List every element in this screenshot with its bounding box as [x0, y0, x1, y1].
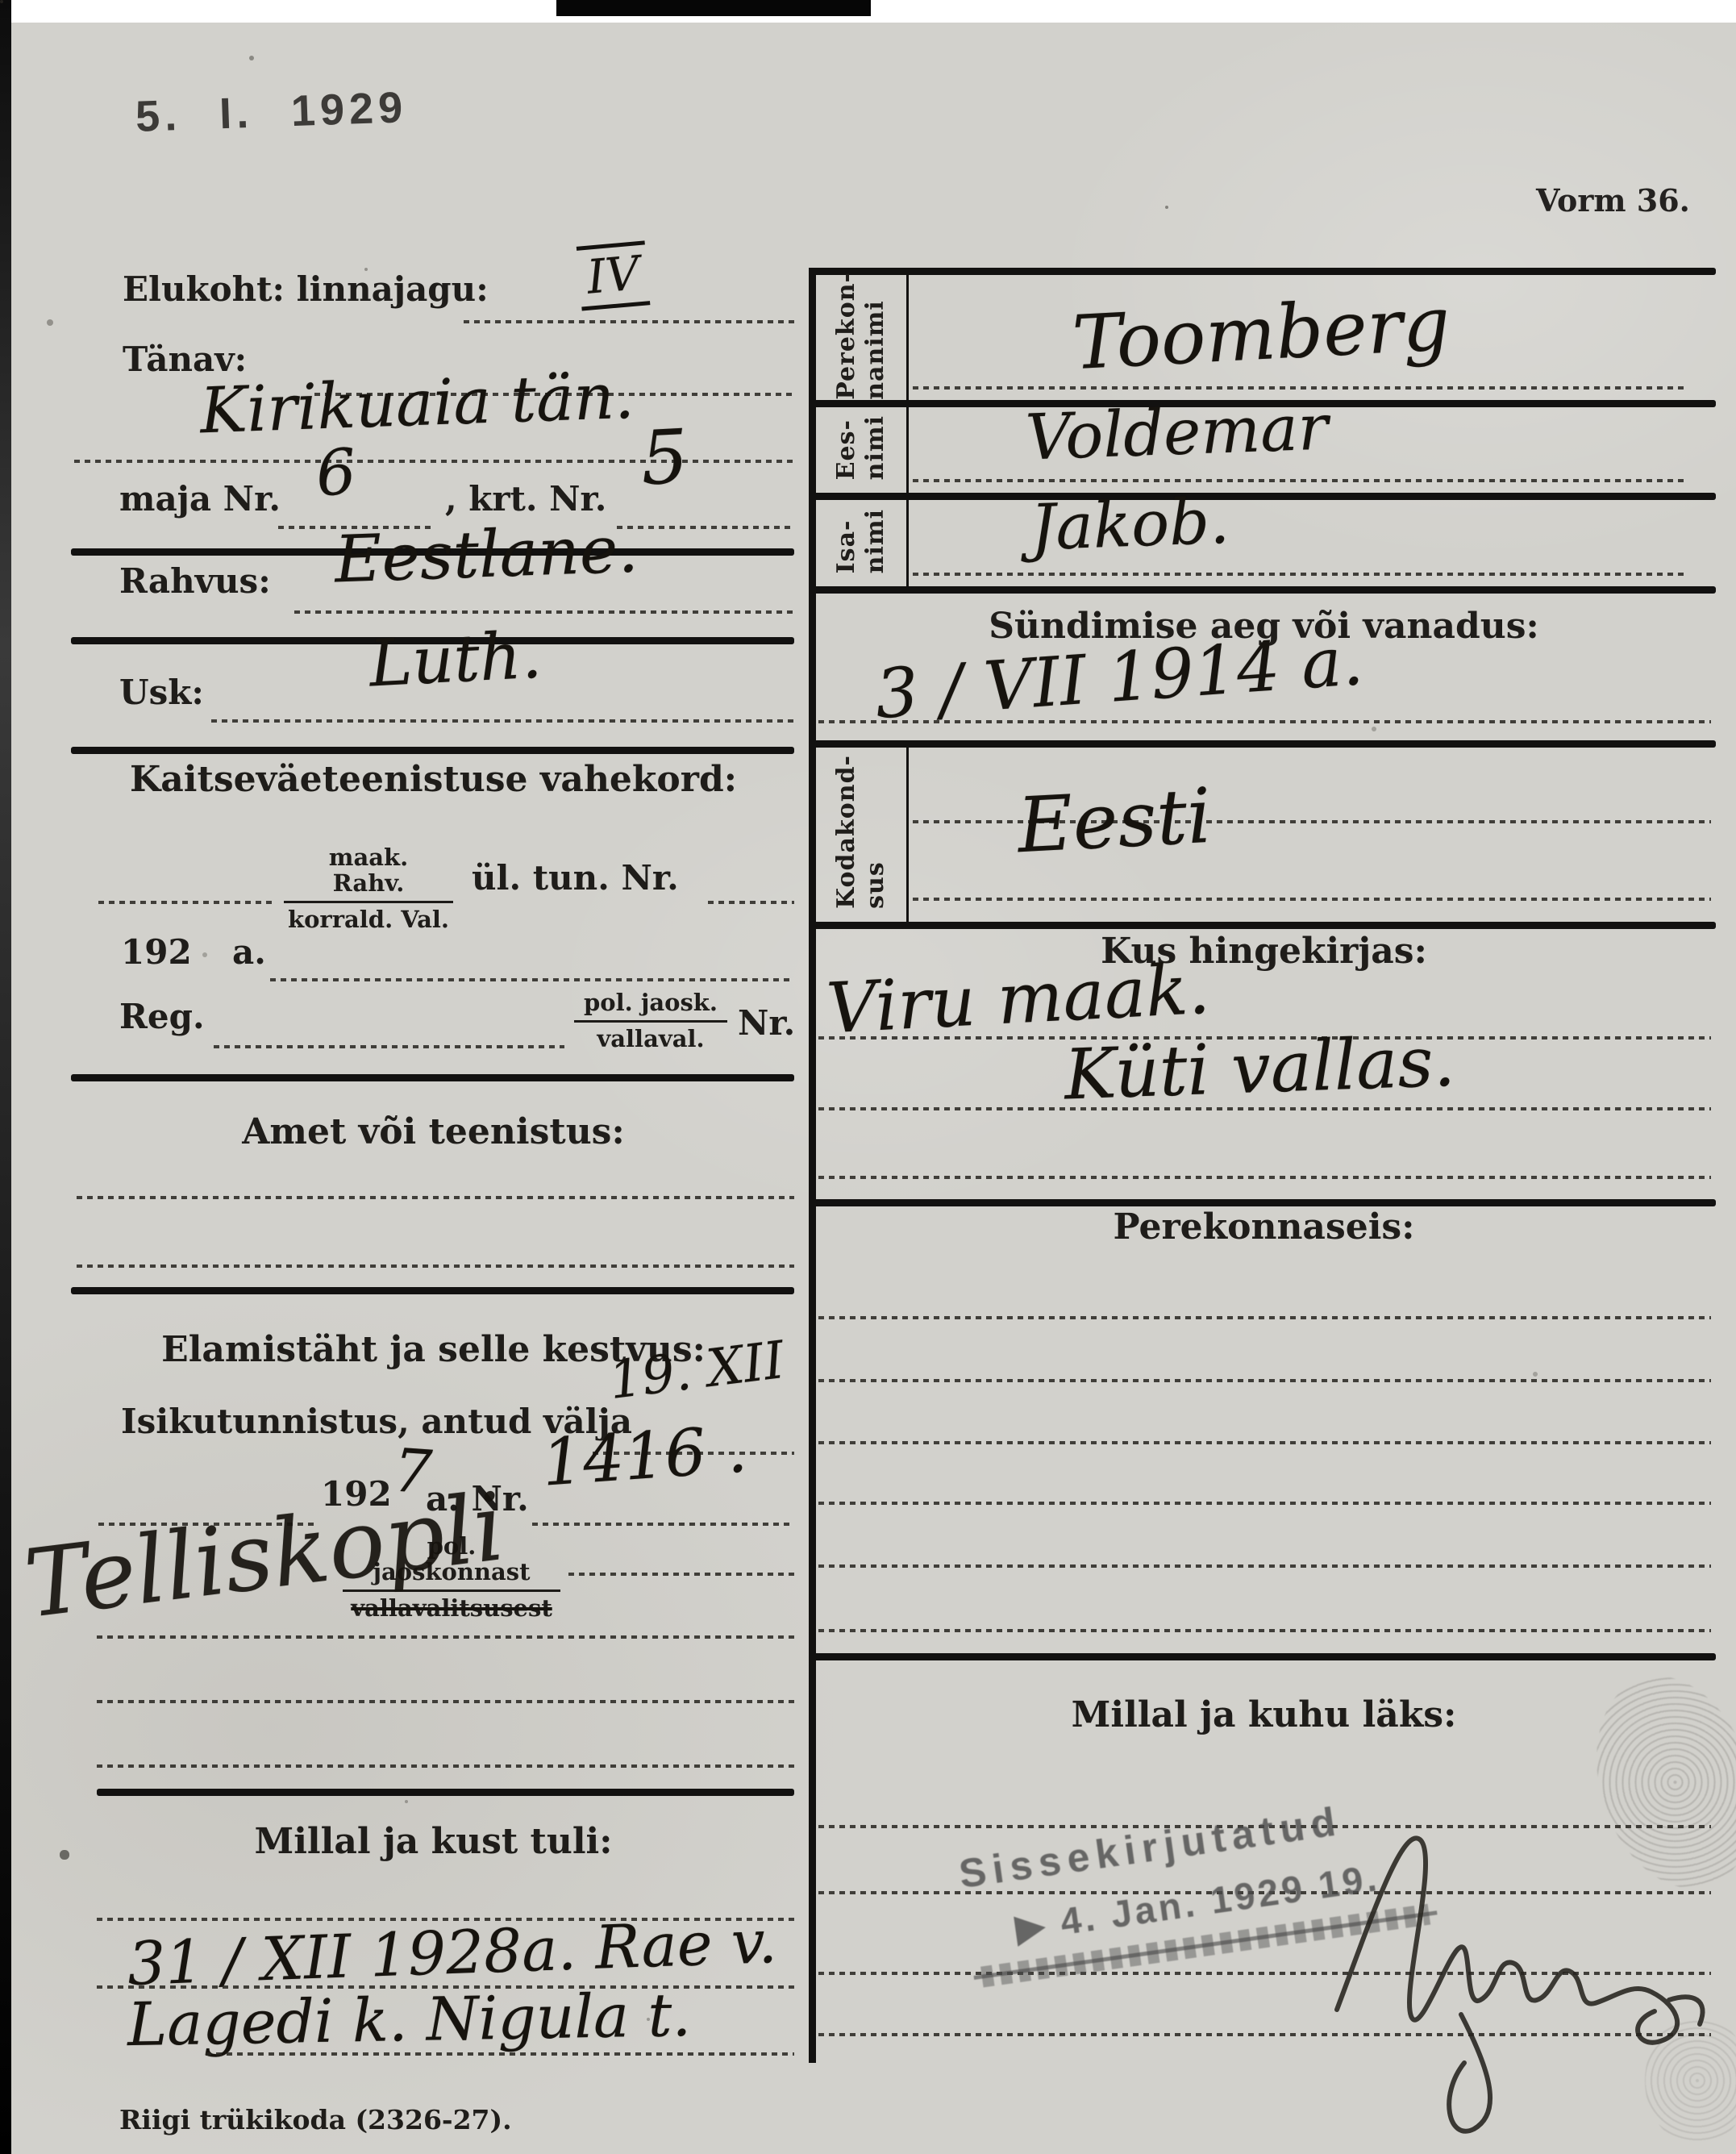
section-rule	[71, 1287, 794, 1294]
nationality-value: Eestlane.	[334, 517, 639, 592]
fathername-label-line2: nimi	[861, 509, 889, 573]
dotted-line	[617, 526, 794, 529]
fathername-vertical-label: Isa- nimi	[818, 496, 905, 586]
arrival-header: Millal ja kust tuli:	[73, 1824, 794, 1860]
label-box-border	[906, 747, 909, 922]
fraction-bottom: korrald. Val.	[284, 903, 453, 933]
dotted-line	[913, 573, 1685, 576]
paper-specks	[0, 0, 3, 3]
dotted-line	[818, 1629, 1711, 1632]
citizenship-label-line1: Kodakond-	[832, 755, 860, 909]
military-service-header: Kaitseväeteenistuse vahekord:	[73, 762, 794, 798]
label-box-border	[906, 274, 909, 586]
surname-label-line1: Perekon-	[832, 272, 860, 400]
fathername-label-line1: Isa-	[832, 519, 860, 573]
house-number-value: 6	[314, 440, 358, 506]
dotted-line	[913, 386, 1685, 390]
family-status-header: Perekonnaseis:	[814, 1210, 1713, 1245]
registry-value-line2: Küti vallas.	[1064, 1027, 1456, 1110]
surname-value: Toomberg	[1071, 287, 1452, 381]
citizenship-label-line2: sus	[861, 861, 889, 909]
religion-label: Usk:	[119, 676, 204, 710]
arrival-value-line2: Lagedi k. Nigula t.	[127, 1985, 691, 2055]
nationality-label: Rahvus:	[119, 565, 271, 598]
dotted-line	[818, 1379, 1711, 1382]
section-rule	[809, 1653, 1716, 1660]
year-prefix: 192	[121, 935, 192, 969]
dotted-line	[97, 1700, 794, 1703]
date-received-stamp: 5. I. 1929	[135, 82, 408, 142]
dotted-line	[708, 901, 794, 904]
dotted-line	[818, 720, 1711, 723]
dotted-line	[818, 1441, 1711, 1444]
form-number: Vorm 36.	[1536, 182, 1690, 219]
fathername-value: Jakob.	[1030, 490, 1230, 560]
apartment-number-label: , krt. Nr.	[445, 482, 606, 516]
street-value: Kirikuaia tän.	[199, 365, 635, 444]
section-rule	[97, 1789, 794, 1796]
section-rule	[71, 747, 794, 754]
dotted-line	[77, 1264, 794, 1268]
apartment-number-value: 5	[639, 420, 690, 497]
printer-imprint: Riigi trükikoda (2326-27).	[119, 2106, 512, 2133]
dotted-line	[818, 1564, 1711, 1568]
dotted-line	[464, 320, 794, 323]
firstname-vertical-label: Ees- nimi	[818, 403, 905, 493]
dotted-line	[97, 1635, 794, 1639]
military-certificate-label: ül. tun. Nr.	[472, 861, 679, 895]
surname-label-line2: nanimi	[861, 300, 889, 400]
section-rule	[809, 1199, 1716, 1206]
citizenship-value: Eesti	[1016, 779, 1214, 865]
section-rule	[809, 586, 1716, 594]
identity-number-value: 1416 .	[540, 1417, 749, 1496]
dotted-line	[97, 1764, 794, 1768]
religion-value: Luth.	[368, 623, 543, 696]
dotted-line	[818, 1502, 1711, 1505]
firstname-label-line1: Ees-	[832, 419, 860, 480]
street-label: Tänav:	[123, 343, 247, 377]
surname-vertical-label: Perekon- nanimi	[818, 274, 905, 397]
residence-district-label: Elukoht: linnajagu:	[123, 273, 489, 306]
section-rule	[809, 922, 1716, 929]
dotted-line	[211, 719, 794, 723]
section-rule	[809, 268, 1716, 275]
citizenship-vertical-label: Kodakond- sus	[818, 747, 905, 916]
registry-value-line1: Viru maak.	[825, 955, 1211, 1044]
fraction-bottom: vallaval.	[574, 1023, 727, 1052]
section-rule	[71, 1074, 794, 1081]
occupation-header: Amet või teenistus:	[73, 1114, 794, 1150]
scan-top-artifact	[556, 0, 871, 16]
residence-district-value: IV	[577, 248, 650, 301]
column-divider	[809, 268, 816, 2063]
dotted-line	[532, 1523, 794, 1526]
dotted-line	[818, 1107, 1711, 1110]
military-authority-fraction: maak. Rahv. korrald. Val.	[284, 845, 453, 933]
dotted-line	[206, 2052, 794, 2056]
reg-label: Reg.	[119, 1000, 205, 1034]
dotted-line	[270, 978, 794, 981]
year-suffix: a.	[232, 935, 266, 969]
registration-card-scan: 5. I. 1929 Vorm 36. Elukoht: linnajagu: …	[0, 0, 1736, 2154]
stamp-arrow-icon: ▶	[1013, 1903, 1050, 1949]
house-number-label: maja Nr.	[119, 482, 281, 516]
dotted-line	[818, 1316, 1711, 1319]
scan-edge-artifact	[0, 0, 11, 2154]
dotted-line	[818, 1176, 1711, 1179]
dotted-line	[294, 610, 794, 614]
dotted-line	[214, 1045, 564, 1048]
reg-number-label: Nr.	[738, 1006, 795, 1040]
dotted-line	[568, 1573, 794, 1576]
reg-authority-fraction: pol. jaosk. vallaval.	[574, 990, 727, 1052]
dotted-line	[98, 901, 274, 904]
departure-header: Millal ja kuhu läks:	[814, 1698, 1713, 1733]
firstname-label-line2: nimi	[861, 415, 889, 480]
firstname-value: Voldemar	[1025, 396, 1329, 469]
section-rule	[809, 740, 1716, 748]
dotted-line	[913, 479, 1685, 482]
dotted-line	[913, 898, 1711, 901]
fraction-top: maak. Rahv.	[284, 845, 453, 903]
dotted-line	[77, 1196, 794, 1199]
section-rule	[809, 493, 1716, 500]
fraction-top: pol. jaosk.	[574, 990, 727, 1023]
